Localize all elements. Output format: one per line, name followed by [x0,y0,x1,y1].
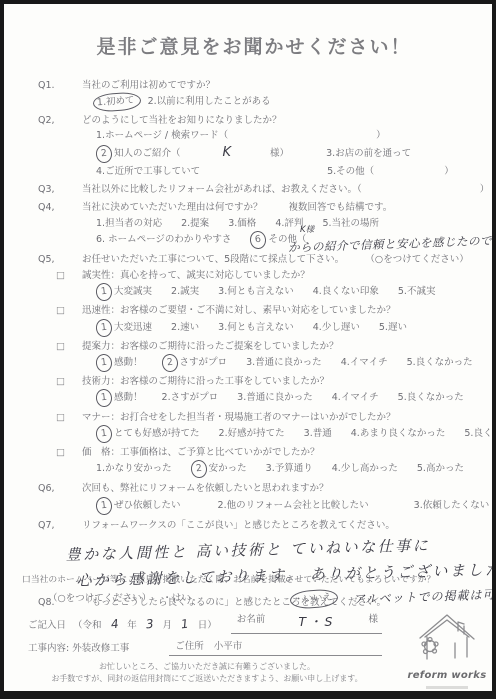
consent-question: 口当社のホームページ等にご意見を掲載いただく際、お名前を掲載させていただいてもよ… [22,573,478,587]
rating-row-speed: □ 迅速性：お客様のご要望・ご不満に対し、素早い対応をしていましたか？ 1大変迅… [38,303,470,336]
option: 4.良くない印象 [313,284,379,299]
name-suffix: 様 [368,612,378,632]
option-circled: 1.初めて [92,91,141,112]
question-q4: Q4, 当社に決めていただいた理由は何ですか？複数回答でも結構です。 1.担当者… [38,200,470,249]
option-circled: 1ぜひ依頼したい [96,497,181,515]
question-q1: Q1. 当社のご利用は初めてですか？ 1.初めて 2.以前に利用したことがある [38,78,470,109]
option: 2.他のリフォーム会社と比較したい [218,498,369,513]
option: 5.不誠実 [398,284,436,299]
rating-row-proposal: □ 提案力：お客様のご期待に沿ったご提案をしていましたか？ 1感動！ 2さすがプ… [38,339,470,372]
date-label: ご記入日 [28,620,66,631]
question-number: Q6, [38,481,82,514]
circle-mark: 1 [95,353,113,373]
name-field: お名前 T・S 様 [231,612,382,634]
question-number: Q2, [38,113,82,179]
circle-mark: 2 [190,459,208,479]
checkbox-icon: □ [56,410,82,443]
option: 4.イマイチ [341,355,388,370]
criterion-text: 提案力：お客様のご期待に沿ったご提案をしていましたか？ [82,339,470,354]
date-field: ご記入日 （令和 4 年 3 月 1 日） [28,615,217,634]
question-q3: Q3, 当社以外に比較したリフォーム会社があれば、お教えください。（） [38,182,470,197]
option: 1.担当者の対応 [96,216,162,231]
thanks-line2: お手数ですが、同封の返信用封筒にてご返送いただきますよう、お願い申し上げます。 [22,673,392,685]
consent-option-yes: ・はい [162,593,191,604]
option: 3.普通に良かった [237,390,313,405]
handwritten-name: T・S [298,612,335,632]
handwritten-referrer-small: K様 [300,224,314,238]
option: 3.何とも言えない [218,320,294,335]
circle-mark: 2 [160,353,178,373]
option: 2.速い [171,320,199,335]
circle-mark: 1 [95,318,113,338]
option-circled: 2知人のご紹介（K様） [96,143,289,164]
criterion-text: 誠実性：真心を持って、誠実に対応していましたか？ [82,268,470,283]
question-text: リフォームワークスの「ここが良い」と感じたところを教えてください。 [82,518,470,533]
question-q6: Q6, 次回も、弊社にリフォームを依頼したいと思われますか？ 1ぜひ依頼したい … [38,481,470,514]
rating-row-price: □ 価 格：工事価格は、ご予算と比べていかがでしたか？ 1.かなり安かった 2安… [38,445,470,478]
option: 3.予算通り [266,461,313,476]
question-text: 次回も、弊社にリフォームを依頼したいと思われますか？ [82,481,470,496]
option: 3.普通 [304,426,332,441]
option: 3.普通に良かった [246,355,322,370]
option: 2.好感が持てた [219,426,285,441]
rating-row-manner: □ マナー：お打合せをした担当者・現場施工者のマナーはいかがでしたか？ 1とても… [38,410,470,443]
question-note: 複数回答でも結構です。 [289,202,393,213]
question-text: 当社のご利用は初めてですか？ [82,78,470,93]
question-text: お任せいただいた工事について、5段階にて採点して下さい。（○をつけてください） [82,252,470,267]
option-circled: 2さすがプロ [162,354,228,372]
question-number: Q7, [38,518,82,533]
checkbox-icon: □ [56,303,82,336]
logo-text: reform works [404,668,490,684]
option: 2.誠実 [171,284,199,299]
circle-mark: 1 [95,424,113,444]
handwritten-year: 4 [110,614,120,634]
option: 2.さすがプロ [162,390,219,405]
criterion-text: マナー：お打合せをした担当者・現場施工者のマナーはいかがでしたか？ [82,410,470,425]
question-number: Q1. [38,78,82,109]
option: 4.少し高かった [332,461,398,476]
option-circled: 1とても好感が持てた [96,425,200,443]
criterion-text: 迅速性：お客様のご要望・ご不満に対し、素早い対応をしていましたか？ [82,303,470,318]
option: 4.ご近所で工事していて [96,164,200,179]
option-circled: 2安かった [191,460,247,478]
circle-mark: 1 [95,388,113,408]
option: 5.その他（） [327,164,454,179]
option-circled: 1感動！ [96,389,143,407]
checkbox-icon: 口 [22,575,31,585]
option-circled: 1大変迅速 [96,319,152,337]
option: 1.ホームページ / 検索ワード（） [96,128,386,143]
option-circled: 1大変誠実 [96,283,152,301]
handwritten-month: 3 [145,614,155,634]
question-q7: Q7, リフォームワークスの「ここが良い」と感じたところを教えてください。 [38,518,470,533]
option: 5.遅い [379,320,407,335]
era-label: （令和 [73,620,102,631]
questionnaire-page: 是非ご意見をお聞かせください！ Q1. 当社のご利用は初めてですか？ 1.初めて… [0,0,496,699]
option: 4.あまり良くなかった [351,426,446,441]
address-field: ご住所 小平市 [169,639,382,656]
option: 3.価格 [228,216,256,231]
option: 3.何とも言えない [218,284,294,299]
handwritten-day: 1 [180,614,190,634]
option: 5.当社の場所 [322,216,379,231]
page-title: 是非ご意見をお聞かせください！ [38,32,470,62]
option: 2.提案 [181,216,209,231]
address-label: ご住所 [175,639,204,654]
circle-mark: 2 [95,144,113,164]
option: 1.かなり安かった [96,461,172,476]
checkbox-icon: □ [56,339,82,372]
question-text: 当社以外に比較したリフォーム会社があれば、お教えください。（） [82,182,470,197]
company-logo: reform works [404,611,490,689]
name-label: お名前 [237,612,266,632]
option-circled: 1感動！ [96,354,143,372]
question-q2: Q2, どのようにして当社をお知りになりましたか？ 1.ホームページ / 検索ワ… [38,113,470,179]
question-number: Q4, [38,200,82,249]
question-number: Q3, [38,182,82,197]
option: 5.良くなかった [398,390,464,405]
circle-mark: 1 [95,282,113,302]
question-q5: Q5, お任せいただいた工事について、5段階にて採点して下さい。（○をつけてくだ… [38,252,470,267]
logo-tagline-smudge [426,686,468,689]
question-number: Q5, [38,252,82,267]
checkbox-icon: □ [56,445,82,478]
criterion-text: 価 格：工事価格は、ご予算と比べていかがでしたか？ [82,445,470,460]
month-label: 月 [162,620,172,631]
year-label: 年 [127,620,137,631]
option: 4.少し遅い [313,320,360,335]
option: 3.依頼したくない [414,498,490,513]
consent-answers: （○をつけてください） ・はい ・いいえ アルベットでの掲載は可 [22,588,478,607]
rating-row-technique: □ 技術力：お客様のご期待に沿った工事をしていましたか？ 1感動！ 2.さすがプ… [38,374,470,407]
circle-mark: 1 [95,496,113,516]
option: 5.高かった [417,461,464,476]
option: 5.良くない [464,426,496,441]
option: 6. ホームページのわかりやすさ [96,232,231,247]
work-field: 工事内容: 外装改修工事 [28,641,129,656]
question-text: 当社に決めていただいた理由は何ですか？複数回答でも結構です。 [82,200,470,215]
option: 2.以前に利用したことがある [148,94,271,109]
address-value: 小平市 [214,639,243,654]
option: 3.お店の前を通って [326,146,411,161]
day-label: 日） [198,620,217,631]
handwritten-consent-note: アルベットでの掲載は可 [353,585,496,609]
consent-instruction: （○をつけてください） [48,593,151,604]
handwritten-referrer: K [223,145,233,160]
question-text: どのようにして当社をお知りになりましたか？ [82,113,470,128]
house-doodle-icon [414,611,480,663]
rating-row-sincerity: □ 誠実性：真心を持って、誠実に対応していましたか？ 1大変誠実 2.誠実 3.… [38,268,470,301]
option: 5.良くなかった [407,355,473,370]
consent-option-no-circled: ・いいえ [289,588,338,609]
circle-mark: 6 [249,230,267,250]
option: 4.イマイチ [332,390,379,405]
question-note: （○をつけてください） [370,254,469,265]
checkbox-icon: □ [56,374,82,407]
criterion-text: 技術力：お客様のご期待に沿った工事をしていましたか？ [82,374,470,389]
checkbox-icon: □ [56,268,82,301]
thanks-line1: お忙しいところ、ご協力いただき誠に有難うございました。 [22,661,392,673]
